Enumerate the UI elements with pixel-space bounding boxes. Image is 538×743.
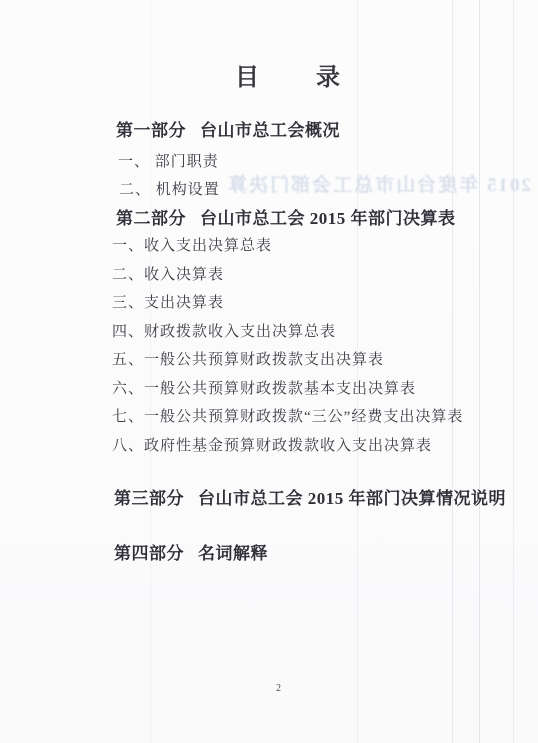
scan-artifact-line: [479, 0, 480, 743]
section-title: 台山市总工会 2015 年部门决算情况说明: [198, 489, 506, 508]
scanned-document-page: 目录 第一部分台山市总工会概况 一、 部门职责 二、 机构设置 2015 年度台…: [0, 0, 538, 743]
page-title-char-left: 目: [235, 65, 260, 91]
toc-item: 四、财政拨款收入支出决算总表: [112, 320, 336, 341]
toc-item: 五、一般公共预算财政拨款支出决算表: [112, 348, 384, 369]
section-title: 台山市总工会概况: [200, 121, 340, 140]
page-number: 2: [276, 683, 281, 694]
section-label: 第三部分: [114, 489, 184, 508]
toc-section-heading-part2: 第二部分台山市总工会 2015 年部门决算表: [116, 204, 456, 229]
toc-item: 三、支出决算表: [112, 291, 224, 312]
section-title: 台山市总工会 2015 年部门决算表: [200, 209, 456, 228]
scan-artifact-line: [513, 0, 514, 743]
scan-artifact-line: [452, 0, 453, 743]
toc-section-heading-part1: 第一部分台山市总工会概况: [116, 116, 340, 141]
scan-artifact-line: [150, 0, 151, 743]
toc-item: 一、收入支出决算总表: [112, 234, 272, 255]
page-title: 目录: [235, 57, 341, 92]
section-label: 第四部分: [114, 544, 184, 563]
toc-section-heading-part4: 第四部分名词解释: [114, 539, 268, 564]
scan-artifact-line: [357, 0, 358, 743]
bleed-through-text: 2015 年度台山市总工会部门决算: [183, 170, 531, 194]
section-label: 第二部分: [116, 209, 186, 228]
section-title: 名词解释: [198, 544, 268, 563]
toc-item: 八、政府性基金预算财政拨款收入支出决算表: [112, 434, 432, 455]
toc-item: 六、一般公共预算财政拨款基本支出决算表: [112, 377, 416, 398]
toc-item: 二、 机构设置: [119, 178, 220, 199]
toc-section-heading-part3: 第三部分台山市总工会 2015 年部门决算情况说明: [114, 484, 506, 509]
toc-item: 一、 部门职责: [118, 150, 219, 171]
toc-item: 七、一般公共预算财政拨款“三公”经费支出决算表: [112, 405, 463, 426]
page-title-char-right: 录: [316, 65, 341, 91]
toc-item: 二、收入决算表: [112, 263, 224, 284]
section-label: 第一部分: [116, 121, 186, 140]
